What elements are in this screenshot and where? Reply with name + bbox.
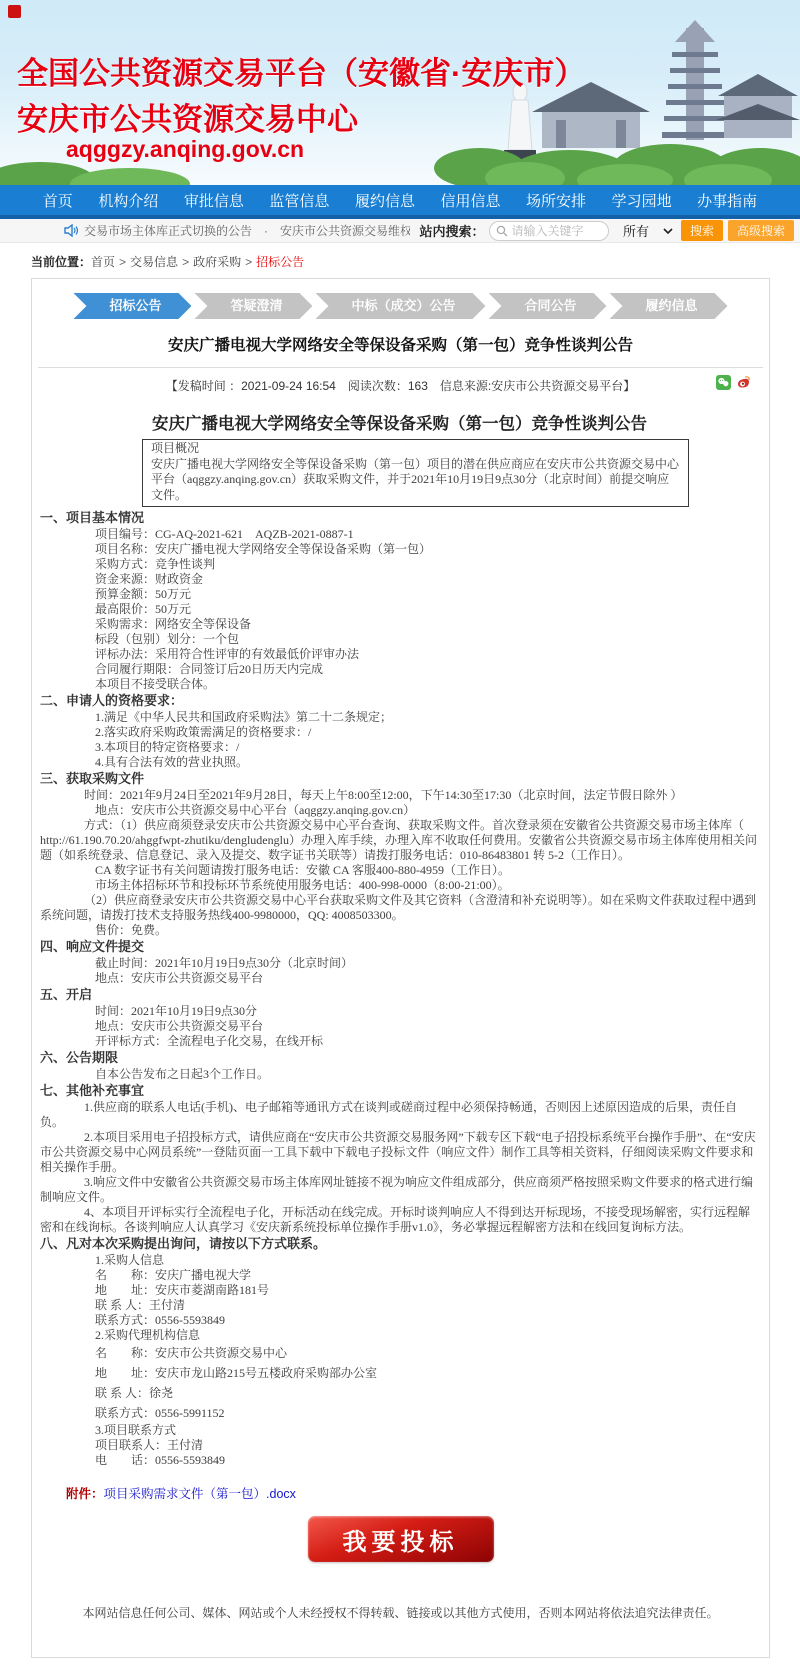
doc-line: 地点：安庆市公共资源交易中心平台（aqggzy.anqing.gov.cn） <box>40 803 759 818</box>
breadcrumb-current: 招标公告 <box>256 255 304 269</box>
breadcrumb-separator: > <box>119 255 126 269</box>
doc-line: 1.供应商的联系人电话(手机)、电子邮箱等通讯方式在谈判或磋商过程中必须保持畅通… <box>40 1100 759 1130</box>
page-title: 安庆广播电视大学网络安全等保设备采购（第一包）竞争性谈判公告 <box>58 333 743 355</box>
speaker-icon <box>64 224 78 237</box>
nav-item[interactable]: 办事指南 <box>697 190 757 211</box>
nav-item[interactable]: 履约信息 <box>355 190 415 211</box>
doc-line: 本项目不接受联合体。 <box>40 677 759 692</box>
site-search-label: 站内搜索： <box>420 221 485 240</box>
nav-item[interactable]: 审批信息 <box>184 190 244 211</box>
doc-line: 开评标方式：全流程电子化交易，在线开标 <box>40 1034 759 1049</box>
doc-line: 标段（包别）划分：一个包 <box>40 632 759 647</box>
doc-line: 地点：安庆市公共资源交易平台 <box>40 971 759 986</box>
doc-line: 采购方式：竞争性谈判 <box>40 557 759 572</box>
doc-line: 预算金额：50万元 <box>40 587 759 602</box>
doc-line: 3.响应文件中安徽省公共资源交易市场主体库网址链接不视为响应文件组成部分，供应商… <box>40 1175 759 1205</box>
stage-tabs: 招标公告答疑澄清中标（成交）公告合同公告履约信息 <box>38 293 763 319</box>
section-heading: 一、项目基本情况 <box>40 510 759 526</box>
doc-line: 评标办法：采用符合性评审的有效最低价评审办法 <box>40 647 759 662</box>
search-scope-select[interactable]: 所有 <box>623 221 673 240</box>
nav-item[interactable]: 监管信息 <box>269 190 329 211</box>
weibo-share-icon[interactable] <box>736 375 751 390</box>
search-icon <box>496 225 508 237</box>
attachment-row: 附件：项目采购需求文件（第一包）.docx <box>66 1484 763 1502</box>
doc-line: 2.采购代理机构信息 <box>40 1328 759 1343</box>
site-banner: 全国公共资源交易平台（安徽省·安庆市） 安庆市公共资源交易中心 aqggzy.a… <box>0 0 800 185</box>
section-heading: 七、其他补充事宜 <box>40 1083 759 1099</box>
nav-item[interactable]: 场所安排 <box>526 190 586 211</box>
bid-now-button[interactable]: 我要投标 <box>308 1516 494 1562</box>
doc-line: 地 址：安庆市菱湖南路181号 <box>40 1283 759 1298</box>
doc-line: 项目名称：安庆广播电视大学网络安全等保设备采购（第一包） <box>40 542 759 557</box>
breadcrumb-separator: > <box>245 255 252 269</box>
site-url: aqggzy.anqing.gov.cn <box>66 136 304 163</box>
doc-line: 采购需求：网络安全等保设备 <box>40 617 759 632</box>
doc-body: 一、项目基本情况项目编号：CG-AQ-2021-621 AQZB-2021-08… <box>40 510 759 1468</box>
doc-line: 截止时间：2021年10月19日9点30分（北京时间） <box>40 956 759 971</box>
doc-line: 名 称：安庆市公共资源交易中心 <box>40 1343 759 1363</box>
breadcrumb: 当前位置：首页>交易信息>政府采购>招标公告 <box>0 243 800 276</box>
doc-line: 联 系 人：徐尧 <box>40 1383 759 1403</box>
breadcrumb-link[interactable]: 首页 <box>91 255 115 269</box>
nav-item[interactable]: 学习园地 <box>612 190 672 211</box>
main-nav: 首页机构介绍审批信息监管信息履约信息信用信息场所安排学习园地办事指南 <box>0 185 800 219</box>
section-heading: 八、凡对本次采购提出询问，请按以下方式联系。 <box>40 1236 759 1252</box>
breadcrumb-link[interactable]: 交易信息 <box>130 255 178 269</box>
section-heading: 二、申请人的资格要求： <box>40 693 759 709</box>
doc-line: 项目编号：CG-AQ-2021-621 AQZB-2021-0887-1 <box>40 527 759 542</box>
doc-line: 1.采购人信息 <box>40 1253 759 1268</box>
chevron-down-icon <box>663 228 673 234</box>
announce-bar: 交易市场主体库正式切换的公告 · 安庆市公共资源交易维权渠道 · 安庆市 站内搜… <box>0 219 800 243</box>
tab-履约信息[interactable]: 履约信息 <box>610 293 728 319</box>
doc-line: 市场主体招标环节和投标环节系统使用服务电话：400-998-0000（8:00-… <box>40 878 759 893</box>
footer-disclaimer: 本网站信息任何公司、媒体、网站或个人未经授权不得转载、链接或以其他方式使用，否则… <box>38 1604 763 1621</box>
doc-line: 合同履行期限：合同签订后20日历天内完成 <box>40 662 759 677</box>
tab-招标公告[interactable]: 招标公告 <box>73 293 191 319</box>
tab-答疑澄清[interactable]: 答疑澄清 <box>194 293 312 319</box>
document-title: 安庆广播电视大学网络安全等保设备采购（第一包）竞争性谈判公告 <box>40 410 759 434</box>
announcement-ticker[interactable]: 交易市场主体库正式切换的公告 · 安庆市公共资源交易维权渠道 · 安庆市 <box>84 222 410 239</box>
section-heading: 三、获取采购文件 <box>40 771 759 787</box>
attachment-label: 附件： <box>66 1487 104 1501</box>
doc-line: 项目联系人：王付清 <box>40 1438 759 1453</box>
doc-line: 售价：免费。 <box>40 923 759 938</box>
search-button[interactable]: 搜索 <box>681 220 723 241</box>
article-meta: 【发稿时间 ：2021-09-24 16:54 阅读次数：163 信息来源:安庆… <box>166 379 635 393</box>
breadcrumb-separator: > <box>182 255 189 269</box>
content-panel: 招标公告答疑澄清中标（成交）公告合同公告履约信息 安庆广播电视大学网络安全等保设… <box>31 278 770 1658</box>
doc-line: 时间：2021年10月19日9点30分 <box>40 1004 759 1019</box>
section-heading: 四、响应文件提交 <box>40 939 759 955</box>
attachment-link[interactable]: 项目采购需求文件（第一包）.docx <box>104 1487 296 1501</box>
nav-item[interactable]: 首页 <box>43 190 73 211</box>
wechat-share-icon[interactable] <box>716 375 731 390</box>
section-heading: 五、开启 <box>40 987 759 1003</box>
doc-line: 2.落实政府采购政策需满足的资格要求：/ <box>40 725 759 740</box>
tab-中标（成交）公告[interactable]: 中标（成交）公告 <box>315 293 485 319</box>
tab-合同公告[interactable]: 合同公告 <box>489 293 607 319</box>
doc-line: 联 系 人：王付清 <box>40 1298 759 1313</box>
overview-body: 安庆广播电视大学网络安全等保设备采购（第一包）项目的潜在供应商应在安庆市公共资源… <box>151 457 680 504</box>
doc-line: （2）供应商登录安庆市公共资源交易中心平台获取采购文件及其它资料（含澄清和补充说… <box>40 893 759 923</box>
site-title-line2: 安庆市公共资源交易中心 <box>17 94 358 139</box>
breadcrumb-link[interactable]: 政府采购 <box>193 255 241 269</box>
search-scope-value: 所有 <box>623 221 649 240</box>
nav-item[interactable]: 机构介绍 <box>98 190 158 211</box>
doc-line: 电 话：0556-5593849 <box>40 1453 759 1468</box>
doc-line: 地 址：安庆市龙山路215号五楼政府采购部办公室 <box>40 1363 759 1383</box>
project-overview-box: 项目概况 安庆广播电视大学网络安全等保设备采购（第一包）项目的潜在供应商应在安庆… <box>142 439 689 507</box>
article-meta-row: 【发稿时间 ：2021-09-24 16:54 阅读次数：163 信息来源:安庆… <box>38 367 763 404</box>
doc-line: 自本公告发布之日起3个工作日。 <box>40 1067 759 1082</box>
doc-line: 资金来源：财政资金 <box>40 572 759 587</box>
doc-line: 2.本项目采用电子招投标方式，请供应商在“安庆市公共资源交易服务网”下载专区下载… <box>40 1130 759 1175</box>
advanced-search-button[interactable]: 高级搜索 <box>728 220 794 241</box>
doc-line: 联系方式：0556-5593849 <box>40 1313 759 1328</box>
document: 安庆广播电视大学网络安全等保设备采购（第一包）竞争性谈判公告 项目概况 安庆广播… <box>38 410 763 1468</box>
breadcrumb-label: 当前位置： <box>31 255 91 269</box>
doc-line: 名 称：安庆广播电视大学 <box>40 1268 759 1283</box>
doc-line: 地点：安庆市公共资源交易平台 <box>40 1019 759 1034</box>
site-title-line1: 全国公共资源交易平台（安徽省·安庆市） <box>17 48 585 93</box>
doc-line: 3.项目联系方式 <box>40 1423 759 1438</box>
overview-heading: 项目概况 <box>151 441 680 457</box>
corner-marker <box>8 5 21 18</box>
doc-line: 3.本项目的特定资格要求：/ <box>40 740 759 755</box>
nav-item[interactable]: 信用信息 <box>441 190 501 211</box>
doc-line: 4.具有合法有效的营业执照。 <box>40 755 759 770</box>
breadcrumb-items: 首页>交易信息>政府采购>招标公告 <box>91 255 304 269</box>
doc-line: 1.满足《中华人民共和国政府采购法》第二十二条规定； <box>40 710 759 725</box>
doc-line: 4、本项目开评标实行全流程电子化，开标活动在线完成。开标时谈判响应人不得到达开标… <box>40 1205 759 1235</box>
doc-line: 联系方式：0556-5991152 <box>40 1403 759 1423</box>
section-heading: 六、公告期限 <box>40 1050 759 1066</box>
doc-line: CA 数字证书有关问题请拨打服务电话：安徽 CA 客服400-880-4959（… <box>40 863 759 878</box>
doc-line: 方式：（1）供应商须登录安庆市公共资源交易中心平台查询、获取采购文件。首次登录须… <box>40 818 759 863</box>
search-input[interactable] <box>512 224 602 238</box>
doc-line: 最高限价：50万元 <box>40 602 759 617</box>
doc-line: 时间：2021年9月24日至2021年9月28日，每天上午8:00至12:00，… <box>40 788 759 803</box>
search-box <box>489 221 609 241</box>
